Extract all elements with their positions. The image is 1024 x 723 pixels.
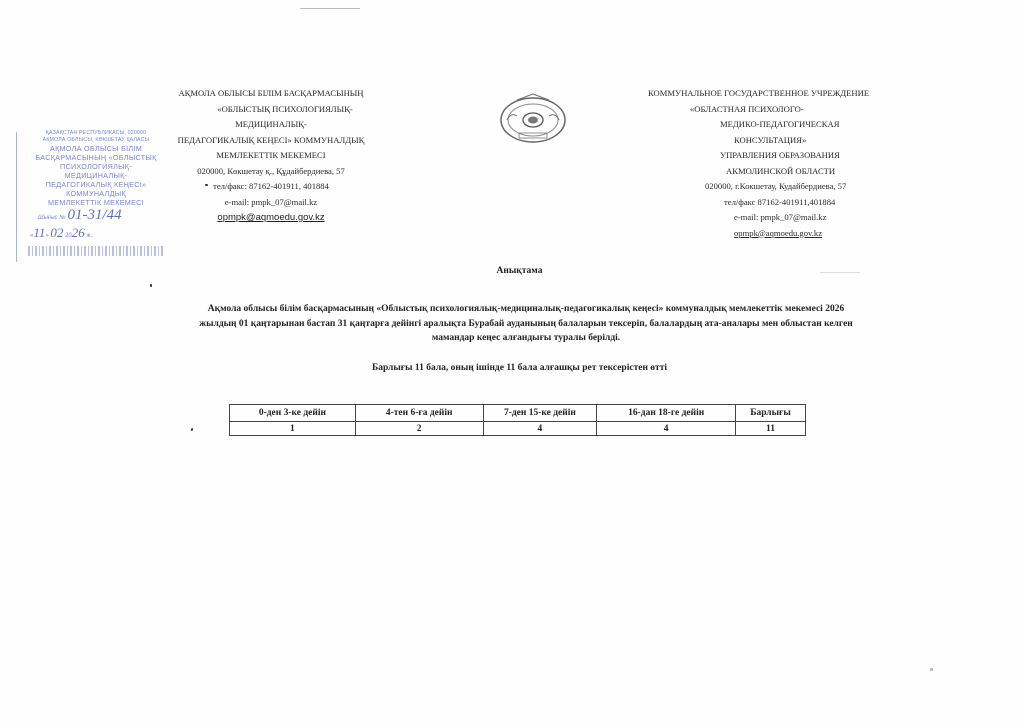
table-cell: 4 — [483, 422, 597, 436]
letterhead-email: e-mail: pmpk_07@mail.kz — [140, 195, 402, 211]
letterhead-phone: тел/факс: 87162-401911, 401884 — [140, 179, 402, 195]
table-row: 1 2 4 4 11 — [230, 422, 806, 436]
body-line: Ақмола облысы білім басқармасының «Облыс… — [120, 302, 932, 317]
letterhead-line: МЕМЛЕКЕТТІК МЕКЕМЕСІ — [140, 148, 402, 164]
table-cell: 4 — [597, 422, 736, 436]
letterhead-russian: КОММУНАЛЬНОЕ ГОСУДАРСТВЕННОЕ УЧРЕЖДЕНИЕ … — [620, 86, 915, 241]
scan-mark — [191, 428, 194, 432]
letterhead-line: КОНСУЛЬТАЦИЯ» — [620, 133, 915, 149]
letterhead-address: 020000, г.Кокшетау, Кудайбердиева, 57 — [620, 179, 915, 195]
body-line: жылдың 01 қаңтарынан бастап 31 қаңтарға … — [120, 317, 932, 332]
letterhead-line: «ОБЛЫСТЫҚ ПСИХОЛОГИЯЛЫҚ- — [140, 102, 402, 118]
letterhead-line: «ОБЛАСТНАЯ ПСИХОЛОГО- — [620, 102, 915, 118]
table-header: 16-дан 18-ге дейін — [597, 405, 736, 422]
stamp-date-month: 02 — [50, 225, 63, 240]
table-header: 7-ден 15-ке дейін — [483, 405, 597, 422]
body-line: мамандар кеңес алғандығы туралы берілді. — [120, 331, 932, 346]
table-header-row: 0-ден 3-ке дейін 4-тен 6-ға дейін 7-ден … — [230, 405, 806, 422]
table-header: 0-ден 3-ке дейін — [230, 405, 356, 422]
stamp-edge — [16, 132, 17, 262]
table-cell: 1 — [230, 422, 356, 436]
scan-mark — [150, 284, 152, 287]
stamp-reg-value: 01-31/44 — [67, 207, 121, 223]
letterhead-email-link[interactable]: opmpk@aqmoedu.gov.kz — [734, 228, 822, 238]
letterhead-line: ПЕДАГОГИКАЛЫҚ КЕҢЕСІ» КОММУНАЛДЫҚ — [140, 133, 402, 149]
document-body: Ақмола облысы білім басқармасының «Облыс… — [120, 302, 932, 346]
letterhead-email: e-mail: pmpk_07@mail.kz — [620, 210, 915, 226]
scan-mark — [205, 184, 208, 186]
scan-mark — [300, 8, 360, 9]
scan-mark — [930, 668, 933, 671]
stamp-date-prefix: 20 — [65, 233, 72, 239]
table-header: Барлығы — [736, 405, 806, 422]
table-header: 4-тен 6-ға дейін — [355, 405, 483, 422]
letterhead-address: 020000, Көкшетау қ., Құдайбердиева, 57 — [140, 164, 402, 180]
table-cell: 2 — [355, 422, 483, 436]
letterhead-line: АҚМОЛА ОБЛЫСЫ БІЛІМ БАСҚАРМАСЫНЫҢ — [140, 86, 402, 102]
letterhead-line: УПРАВЛЕНИЯ ОБРАЗОВАНИЯ — [620, 148, 915, 164]
stamp-barcode — [28, 246, 164, 256]
document-title: Анықтама — [0, 266, 1024, 276]
stamp-date-year: 26 — [72, 225, 85, 240]
stamp-date: «11» 02 2026 ж. — [22, 226, 170, 243]
letterhead-email-link[interactable]: opmpk@aqmoedu.gov.kz — [217, 212, 324, 223]
scan-mark — [820, 272, 860, 273]
table-cell: 11 — [736, 422, 806, 436]
letterhead-line: АКМОЛИНСКОЙ ОБЛАСТИ — [620, 164, 915, 180]
letterhead-line: МЕДИКО-ПЕДАГОГИЧЕСКАЯ — [620, 117, 915, 133]
letterhead-kazakh: АҚМОЛА ОБЛЫСЫ БІЛІМ БАСҚАРМАСЫНЫҢ «ОБЛЫС… — [140, 86, 402, 226]
stamp-reg-label: Шығыс № — [38, 215, 66, 221]
age-group-table: 0-ден 3-ке дейін 4-тен 6-ға дейін 7-ден … — [229, 404, 806, 436]
stamp-date-day: 11 — [33, 225, 45, 240]
document-summary: Барлығы 11 бала, оның ішінде 11 бала алғ… — [0, 363, 1024, 373]
letterhead-line: МЕДИЦИНАЛЫҚ- — [140, 117, 402, 133]
state-emblem-icon — [497, 90, 569, 146]
letterhead-phone: тел/факс 87162-401911,401884 — [620, 195, 915, 211]
letterhead-line: КОММУНАЛЬНОЕ ГОСУДАРСТВЕННОЕ УЧРЕЖДЕНИЕ — [620, 86, 915, 102]
